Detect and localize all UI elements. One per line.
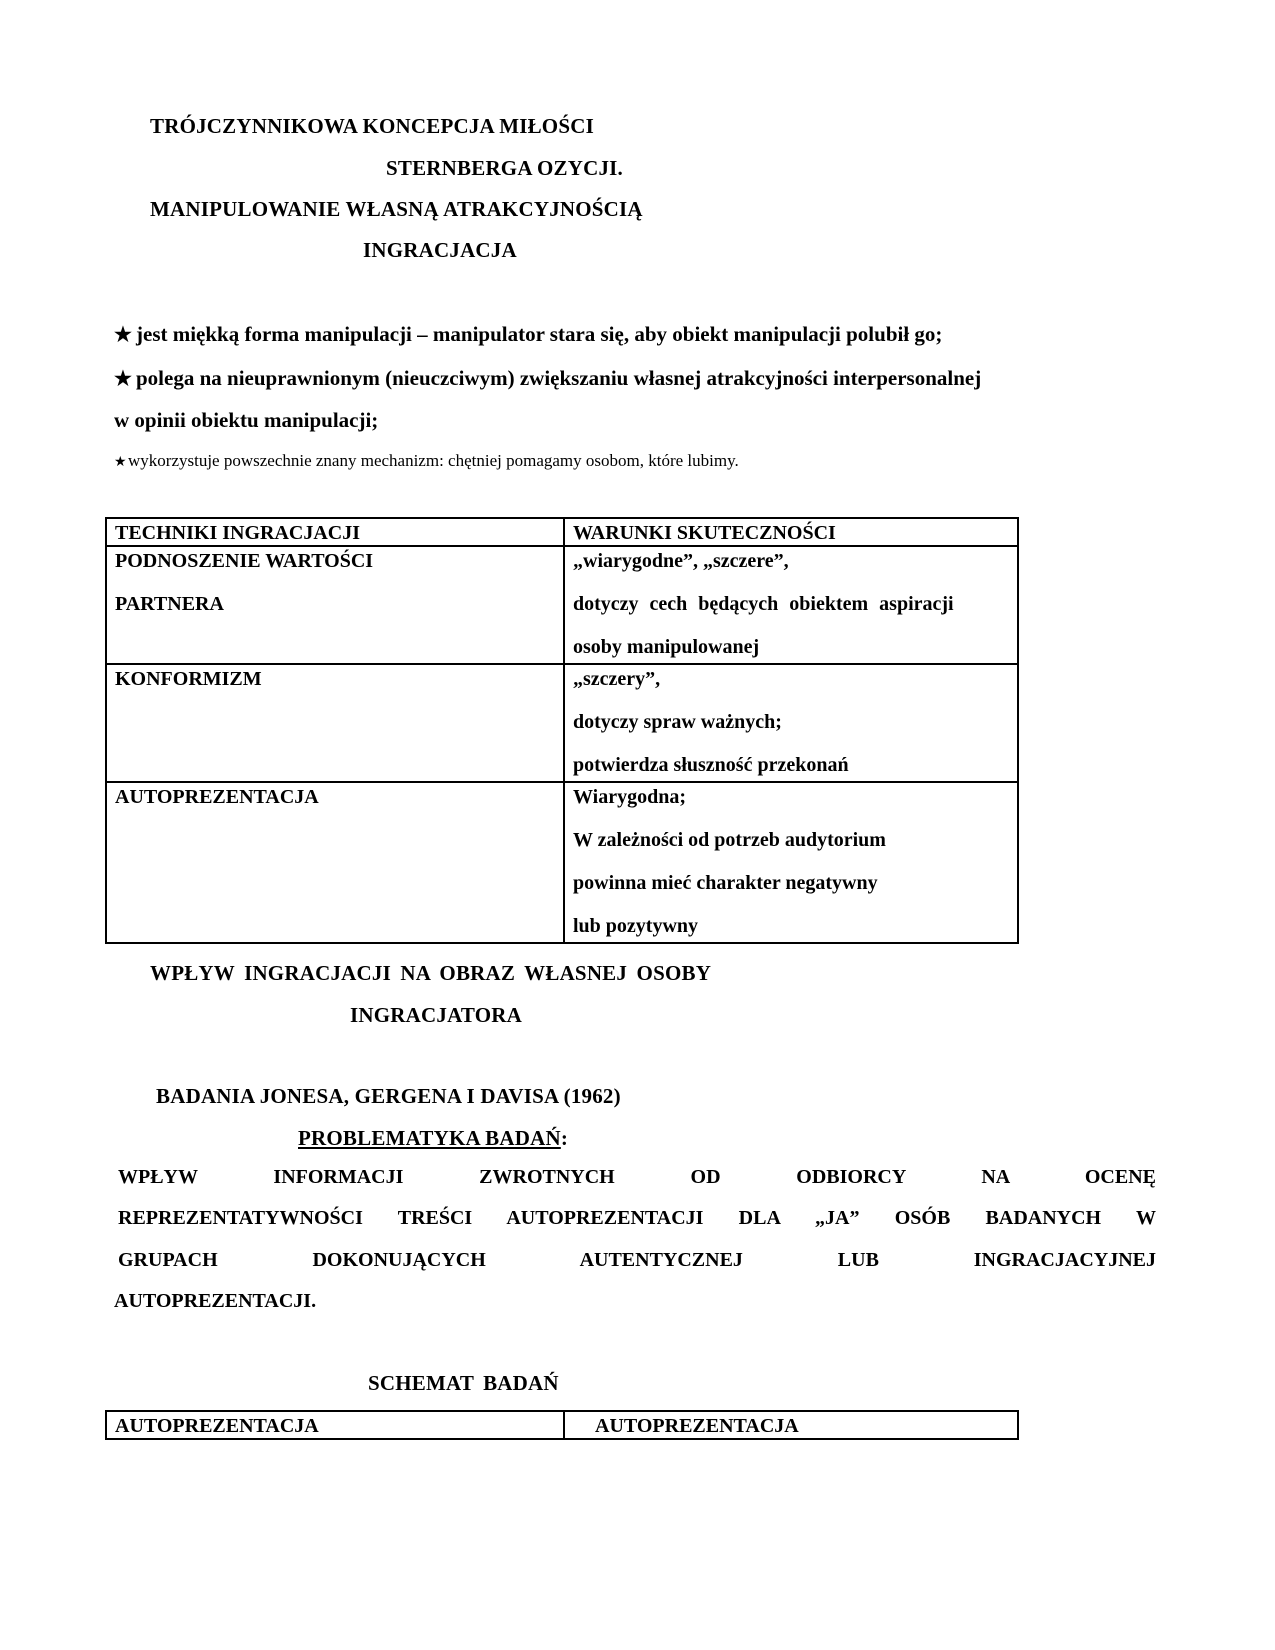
heading-line-3: MANIPULOWANIE WŁASNĄ ATRAKCYJNOŚCIĄ: [150, 197, 643, 222]
cell-text-line: WARUNKI SKUTECZNOŚCI: [573, 519, 1009, 545]
table-header-cell: AUTOPREZENTACJA: [564, 1411, 1018, 1439]
star-icon: ★: [114, 322, 136, 347]
bullet-item-3: ★wykorzystuje powszechnie znany mechaniz…: [114, 451, 739, 471]
study-paragraph-line-3: GRUPACH DOKONUJĄCYCH AUTENTYCZNEJ LUB IN…: [118, 1249, 1156, 1272]
star-icon: ★: [114, 366, 136, 391]
table-header-cell: TECHNIKI INGRACJACJI: [106, 518, 564, 546]
cell-text-line: AUTOPREZENTACJA: [115, 783, 555, 813]
bullet-item-2: ★polega na nieuprawnionym (nieuczciwym) …: [114, 366, 981, 391]
cell-text-line: dotyczy cech będących obiektem aspiracji: [573, 590, 1009, 633]
heading-line-4: INGRACJACJA: [363, 238, 517, 263]
section-heading-line-2: INGRACJATORA: [350, 1003, 522, 1028]
cell-text-line: „wiarygodne”, „szczere”,: [573, 547, 1009, 590]
conditions-cell: „szczery”, dotyczy spraw ważnych; potwie…: [564, 664, 1018, 782]
cell-text-line: osoby manipulowanej: [573, 633, 1009, 663]
technique-cell: PODNOSZENIE WARTOŚCI PARTNERA: [106, 546, 564, 664]
techniques-table: TECHNIKI INGRACJACJI WARUNKI SKUTECZNOŚC…: [105, 517, 1019, 944]
study-paragraph-line-4: AUTOPREZENTACJI.: [114, 1290, 316, 1313]
conditions-cell: Wiarygodna; W zależności od potrzeb audy…: [564, 782, 1018, 943]
conditions-cell: „wiarygodne”, „szczere”, dotyczy cech bę…: [564, 546, 1018, 664]
table-row: PODNOSZENIE WARTOŚCI PARTNERA „wiarygodn…: [106, 546, 1018, 664]
heading-line-2: STERNBERGA OZYCJI.: [386, 156, 623, 181]
cell-text-line: dotyczy spraw ważnych;: [573, 708, 1009, 751]
cell-text-line: PODNOSZENIE WARTOŚCI: [115, 547, 555, 590]
study-title: BADANIA JONESA, GERGENA I DAVISA (1962): [156, 1084, 621, 1109]
bullet-item-1: ★jest miękką forma manipulacji – manipul…: [114, 322, 942, 347]
cell-text-line: PARTNERA: [115, 590, 555, 620]
cell-text-line: potwierdza słuszność przekonań: [573, 751, 1009, 781]
technique-cell: KONFORMIZM: [106, 664, 564, 782]
study-paragraph-line-2: REPREZENTATYWNOŚCI TREŚCI AUTOPREZENTACJ…: [118, 1207, 1156, 1230]
table-header-cell: WARUNKI SKUTECZNOŚCI: [564, 518, 1018, 546]
table-header-cell: AUTOPREZENTACJA: [106, 1411, 564, 1439]
cell-text-line: TECHNIKI INGRACJACJI: [115, 519, 555, 545]
table-header-row: AUTOPREZENTACJA AUTOPREZENTACJA: [106, 1411, 1018, 1439]
technique-cell: AUTOPREZENTACJA: [106, 782, 564, 943]
cell-text-line: „szczery”,: [573, 665, 1009, 708]
cell-text-line: AUTOPREZENTACJA: [115, 1412, 555, 1438]
cell-text-line: lub pozytywny: [573, 912, 1009, 942]
table-row: AUTOPREZENTACJA Wiarygodna; W zależności…: [106, 782, 1018, 943]
cell-text-line: KONFORMIZM: [115, 665, 555, 695]
schema-title: SCHEMAT BADAŃ: [368, 1371, 559, 1396]
cell-text-line: Wiarygodna;: [573, 783, 1009, 826]
heading-line-1: TRÓJCZYNNIKOWA KONCEPCJA MIŁOŚCI: [150, 114, 594, 139]
table-header-row: TECHNIKI INGRACJACJI WARUNKI SKUTECZNOŚC…: [106, 518, 1018, 546]
section-heading-line-1: WPŁYW INGRACJACJI NA OBRAZ WŁASNEJ OSOBY: [150, 961, 711, 986]
table-row: KONFORMIZM „szczery”, dotyczy spraw ważn…: [106, 664, 1018, 782]
cell-text-line: powinna mieć charakter negatywny: [573, 869, 1009, 912]
study-paragraph-line-1: WPŁYW INFORMACJI ZWROTNYCH OD ODBIORCY N…: [118, 1166, 1156, 1189]
cell-text-line: AUTOPREZENTACJA: [595, 1412, 1009, 1438]
study-subtitle: PROBLEMATYKA BADAŃ:: [298, 1126, 568, 1151]
cell-text-line: W zależności od potrzeb audytorium: [573, 826, 1009, 869]
star-icon: ★: [114, 454, 128, 471]
schema-table: AUTOPREZENTACJA AUTOPREZENTACJA: [105, 1410, 1019, 1440]
bullet-item-2-continuation: w opinii obiektu manipulacji;: [114, 408, 378, 433]
